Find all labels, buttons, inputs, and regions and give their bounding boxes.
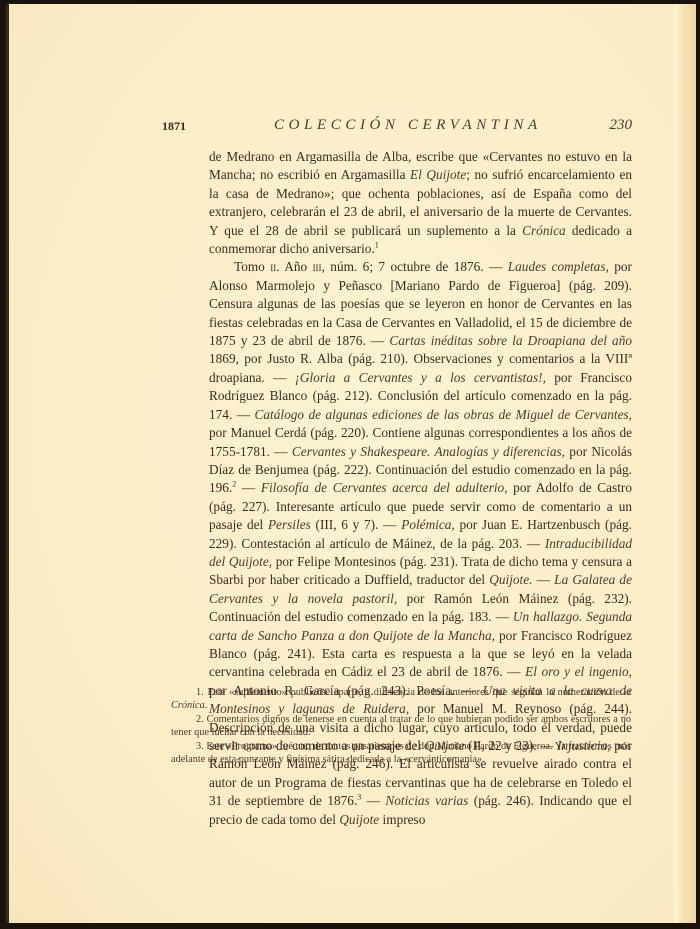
page-left-edge — [6, 4, 9, 923]
footnote-2: 2. Comentarios dignos de tenerse en cuen… — [171, 713, 631, 740]
paragraph-continuation: de Medrano en Argamasilla de Alba, escri… — [209, 148, 632, 258]
footnote-3: 3. Este «Programa» fué uno de tantos pas… — [171, 740, 631, 767]
page-gutter-shadow — [674, 4, 696, 923]
footnotes: 1. Este «suplemento» publicóse aparte, a… — [171, 686, 631, 766]
footnote-1: 1. Este «suplemento» publicóse aparte, a… — [171, 686, 631, 713]
page-number: 230 — [610, 117, 633, 134]
book-page: 1871 COLECCIÓN CERVANTINA 230 de Medrano… — [6, 4, 696, 923]
header-title: COLECCIÓN CERVANTINA — [274, 117, 542, 134]
header-year: 1871 — [162, 119, 186, 134]
footnote-ref-1: 1 — [375, 241, 379, 250]
running-header: 1871 COLECCIÓN CERVANTINA 230 — [162, 117, 632, 139]
